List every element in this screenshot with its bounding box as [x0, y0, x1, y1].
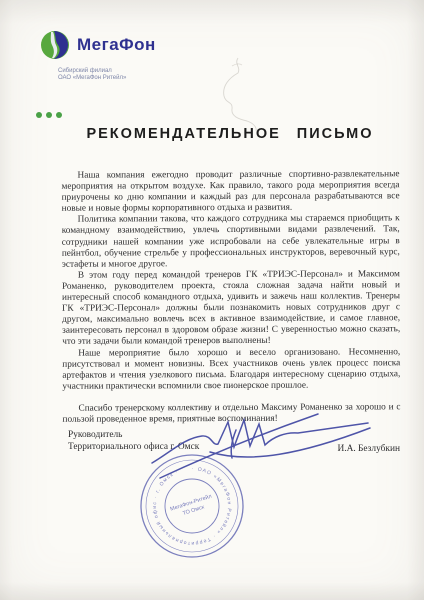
letter-title: РЕКОМЕНДАТЕЛЬНОЕ ПИСЬМО [62, 126, 398, 142]
scanned-letter-page: МегаФон Сибирский филиал ОАО «МегаФон Ри… [0, 0, 424, 600]
branch-line1: Сибирский филиал [58, 68, 126, 75]
signer-position-line1: Руководитель [68, 430, 199, 442]
signer-position-line2: Территориального офиса г. Омск [68, 442, 199, 454]
letterhead: МегаФон [40, 30, 156, 60]
signer-name: И.А. Безлубкин [337, 444, 400, 456]
svg-text:· ОАО «МегаФон Ритейл» · Терри: · ОАО «МегаФон Ритейл» · Территориальный… [152, 466, 232, 546]
dot-icon [46, 112, 52, 118]
branch-line2: ОАО «МегаФон Ритейл» [58, 75, 126, 82]
stamp-ring-text: · ОАО «МегаФон Ритейл» · Территориальный… [152, 466, 232, 546]
megafon-logo-icon [40, 30, 70, 60]
signature-block: Руководитель Территориального офиса г. О… [68, 430, 400, 456]
brand-dots [36, 112, 62, 118]
dot-icon [36, 112, 42, 118]
paragraph: Наше мероприятие было хорошо и весело ор… [62, 347, 400, 393]
paragraph: В этом году перед командой тренеров ГК «… [62, 269, 400, 348]
signer-position: Руководитель Территориального офиса г. О… [68, 430, 199, 453]
paragraph: Спасибо тренерскому коллективу и отдельн… [62, 402, 400, 426]
letter-body: Наша компания ежегодно проводит различны… [61, 169, 400, 426]
dot-icon [56, 112, 62, 118]
stamp-center-line2: ТО Омск [182, 504, 205, 517]
stamp-center-line1: МегаФон-Ритейл [169, 493, 212, 513]
branch-caption: Сибирский филиал ОАО «МегаФон Ритейл» [58, 68, 126, 82]
paragraph: Наша компания ежегодно проводит различны… [61, 169, 399, 215]
brand-name: МегаФон [77, 35, 156, 55]
paragraph: Политика компании такова, что каждого со… [62, 214, 400, 271]
